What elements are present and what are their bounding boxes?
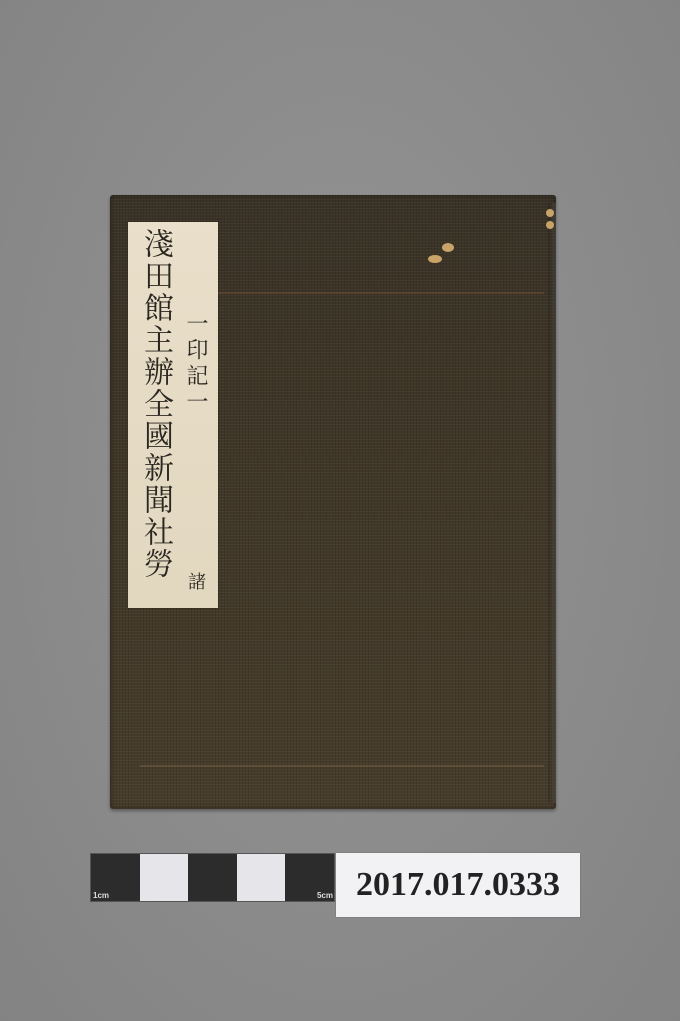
scale-segment <box>140 854 189 901</box>
book-cover: 淺田館主辦全國新聞社勞 一印記一 諸 <box>110 195 556 809</box>
cover-crease-bottom <box>140 765 544 767</box>
accession-number: 2017.017.0333 <box>356 866 560 904</box>
scale-segment: 5cm <box>285 854 334 901</box>
label-tail-text: 諸 <box>186 572 204 594</box>
scale-segment <box>188 854 237 901</box>
title-label-slip: 淺田館主辦全國新聞社勞 一印記一 諸 <box>128 222 218 608</box>
book-edge <box>548 203 556 803</box>
scale-end-label: 5cm <box>317 891 333 900</box>
accession-number-label: 2017.017.0333 <box>336 853 580 917</box>
wear-spot <box>442 243 454 252</box>
scale-bar: 1cm 5cm <box>90 853 335 902</box>
label-side-text: 一印記一 <box>184 312 206 416</box>
scale-start-label: 1cm <box>93 891 109 900</box>
scale-segment <box>237 854 286 901</box>
label-main-text: 淺田館主辦全國新聞社勞 <box>140 228 170 580</box>
wear-spot <box>546 209 554 217</box>
wear-spot <box>428 255 442 263</box>
wear-spot <box>546 221 554 229</box>
scale-segment: 1cm <box>91 854 140 901</box>
